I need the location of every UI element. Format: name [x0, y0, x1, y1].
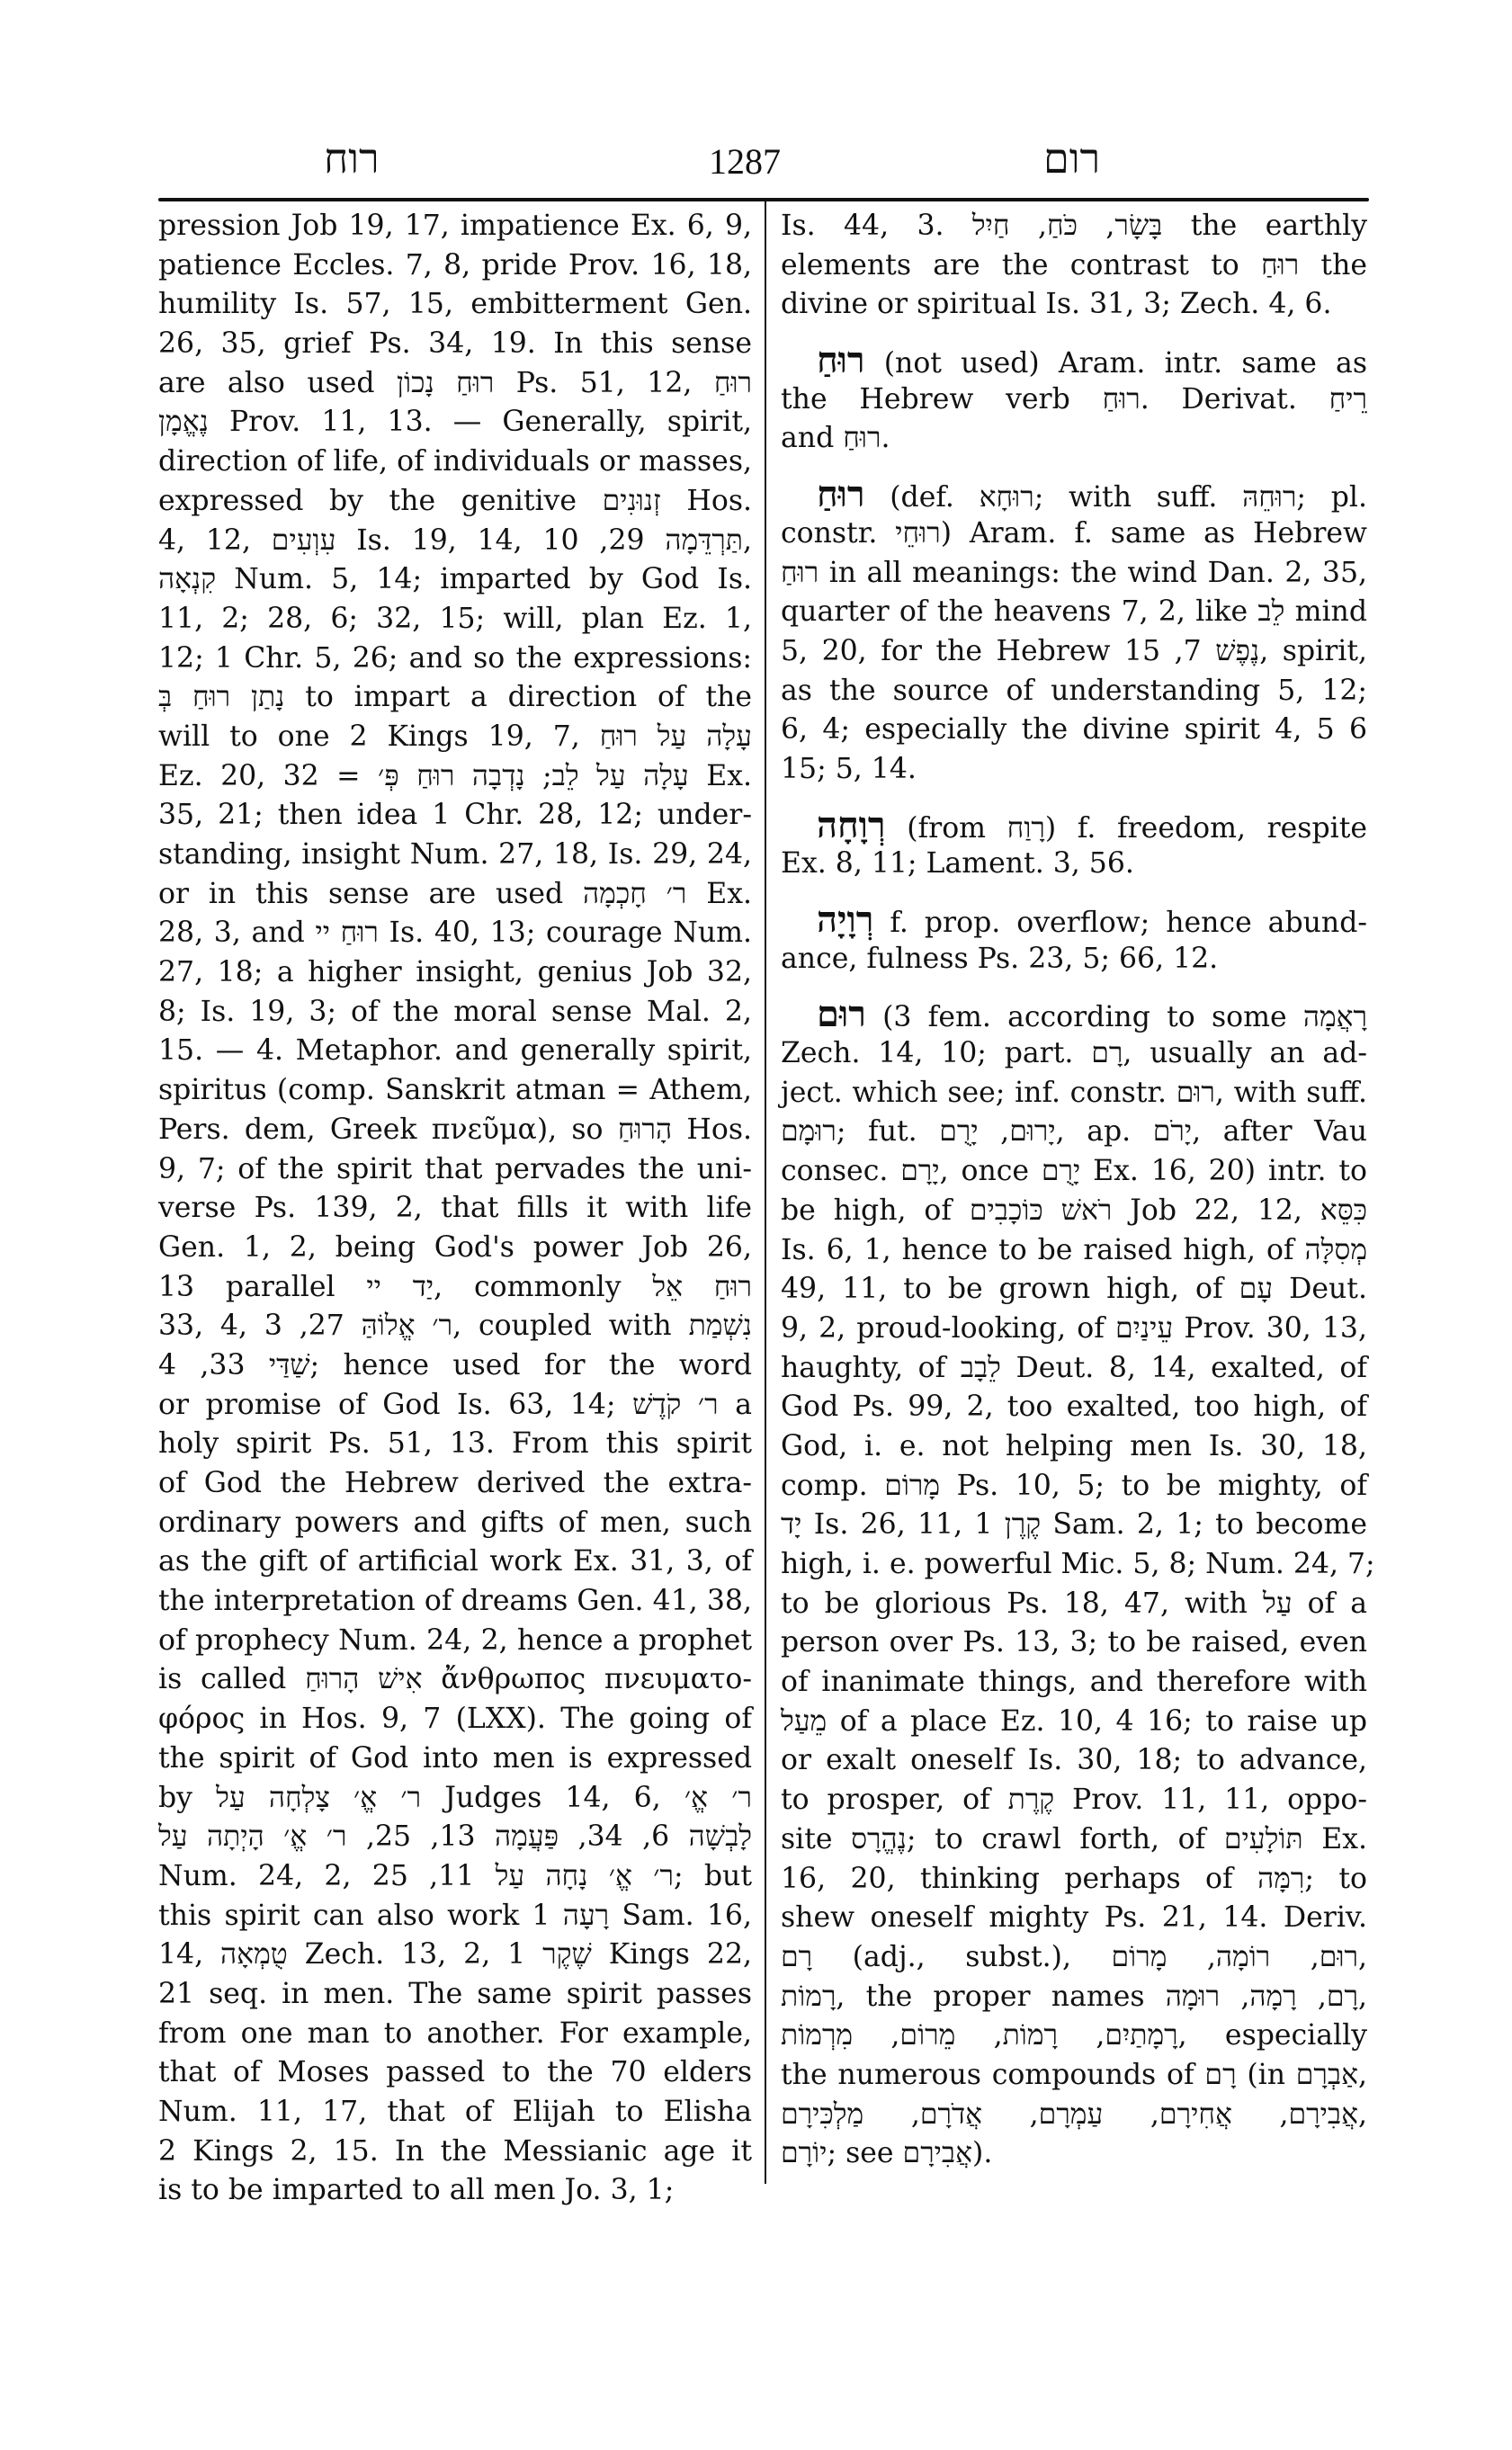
right-guide-word: רום — [1043, 135, 1100, 183]
entry-text: elements are the contrast to רוּחַ the — [781, 249, 1367, 282]
entry-text: the Hebrew verb רוּחַ. Derivat. רֵיחַ — [781, 383, 1367, 416]
text-line: holy spirit Ps. 51, 13. From this spirit — [158, 1425, 752, 1464]
text-line: that of Moses passed to the 70 elders — [158, 2053, 752, 2093]
text-line: 6, 4; especially the divine spirit 4, 5 … — [781, 711, 1367, 750]
text-line: as the gift of artificial work Ex. 31, 3… — [158, 1542, 752, 1582]
text-line: רוּמָם; fut. יָרוּם, יָרֻם, ap. יָרֹם, a… — [781, 1113, 1367, 1152]
entry-text: to be glorious Ps. 18, 47, with עַל of a — [781, 1587, 1367, 1620]
text-line: Is. 6, 1, hence to be raised high, of מְ… — [781, 1231, 1367, 1271]
entry-text: (from רָוַח) f. freedom, respite — [907, 812, 1367, 845]
entry-text: יָד Is. 26, 11, קֶרֶן 1 Sam. 2, 1; to be… — [781, 1508, 1367, 1541]
text-line: high, i. e. powerful Mic. 5, 8; Num. 24,… — [781, 1545, 1367, 1585]
entry-text: רָם (adj., subst.), רוּם, רוֹמָה, מָרוֹם… — [781, 1941, 1367, 1973]
right-column: Is. 44, 3. בָּשָׂר, כֹּחַ, חַיִל the ear… — [781, 207, 1367, 2174]
entry-headword: רוּחַ — [817, 473, 865, 515]
text-line: יוֹרָם; see אֲבִירָם). — [781, 2134, 1367, 2174]
text-line: to prosper, of קֶרֶת Prov. 11, 11, oppo- — [781, 1781, 1367, 1820]
dictionary-entry: רוּם (3 fem. according to some רָאֲמָהZe… — [781, 995, 1367, 2174]
text-line: patience Eccles. 7, 8, pride Prov. 16, 1… — [158, 246, 752, 286]
entry-gap — [781, 979, 1367, 995]
entry-text: consec. יָרָם, once יָרֻם Ex. 16, 20) in… — [781, 1155, 1367, 1187]
text-line: Ex. 8, 11; Lament. 3, 56. — [781, 845, 1367, 884]
text-line: God, i. e. not helping men Is. 30, 18, — [781, 1427, 1367, 1467]
text-line: by ר׳ אֱ׳ צָלְחָה עַל Judges 14, 6, ר׳ א… — [158, 1779, 752, 1819]
text-line: consec. יָרָם, once יָרֻם Ex. 16, 20) in… — [781, 1152, 1367, 1192]
entry-text: 9, 2, proud-looking, of עֵינַיִם Prov. 3… — [781, 1312, 1367, 1345]
text-line: this spirit can also work רָעָה 1 Sam. 1… — [158, 1897, 752, 1936]
entry-text: 6, 4; especially the divine spirit 4, 5 … — [781, 713, 1367, 746]
text-line: quarter of the heavens 7, 2, like לֵב mi… — [781, 593, 1367, 632]
text-line: to be glorious Ps. 18, 47, with עַל of a — [781, 1585, 1367, 1624]
text-line: elements are the contrast to רוּחַ the — [781, 246, 1367, 286]
entry-text: as the source of understanding 5, 12; — [781, 675, 1367, 707]
entry-text: God, i. e. not helping men Is. 30, 18, — [781, 1430, 1367, 1462]
text-line: Gen. 1, 2, being God's power Job 26, — [158, 1229, 752, 1268]
text-line: pression Job 19, 17, impatience Ex. 6, 9… — [158, 207, 752, 246]
text-line: 11, 2; 28, 6; 32, 15; will, plan Ez. 1, — [158, 600, 752, 639]
left-column: pression Job 19, 17, impatience Ex. 6, 9… — [158, 207, 752, 2211]
entry-text: quarter of the heavens 7, 2, like לֵב mi… — [781, 595, 1367, 628]
entry-text: 16, 20, thinking perhaps of רִמָּה; to — [781, 1863, 1367, 1895]
text-line: Num. 11, 17, that of Elijah to Elisha — [158, 2093, 752, 2133]
entry-text: (def. רוּחָא; with suff. רוּחֵהּ; pl. — [890, 481, 1367, 514]
entry-headword: רוּחַ — [817, 339, 865, 381]
text-line: רָמָתַיִם, רָמוֹת, מֵרוֹם, מִרְמוֹת, esp… — [781, 2016, 1367, 2056]
text-line: the interpretation of dreams Gen. 41, 38… — [158, 1582, 752, 1622]
text-line: the numerous compounds of רָם (in אַבְרָ… — [781, 2056, 1367, 2096]
text-line: Is. 44, 3. בָּשָׂר, כֹּחַ, חַיִל the ear… — [781, 207, 1367, 246]
text-line: humility Is. 57, 15, embitterment Gen. — [158, 285, 752, 325]
text-line: direction of life, of individuals or mas… — [158, 443, 752, 482]
text-line: 9, 7; of the spirit that pervades the un… — [158, 1150, 752, 1190]
entry-text: be high, of רֹאשׁ כּוֹכָבִים Job 22, 12,… — [781, 1194, 1367, 1227]
entry-text: Is. 44, 3. בָּשָׂר, כֹּחַ, חַיִל the ear… — [781, 210, 1367, 242]
entry-text: אֲבִירָם, אֲחִירָם, עַמְרָם, אֲדֹרָם, מַ… — [781, 2098, 1367, 2131]
text-line: 9, 2, proud-looking, of עֵינַיִם Prov. 3… — [781, 1310, 1367, 1349]
entry-text: haughty, of לֵבָב Deut. 8, 14, exalted, … — [781, 1352, 1367, 1384]
entry-text: רָמָתַיִם, רָמוֹת, מֵרוֹם, מִרְמוֹת, esp… — [781, 2019, 1367, 2052]
text-line: יָד Is. 26, 11, קֶרֶן 1 Sam. 2, 1; to be… — [781, 1506, 1367, 1545]
text-line: Zech. 14, 10; part. רָם, usually an ad- — [781, 1034, 1367, 1074]
text-line: 27, 18; a higher insight, genius Job 32, — [158, 953, 752, 993]
text-line: of inanimate things, and therefore with — [781, 1663, 1367, 1703]
entry-gap — [781, 325, 1367, 341]
text-line: לָבְשָׁה 6, 34, פַּעֲמָה 13, 25, ר׳ אֱ׳ … — [158, 1818, 752, 1857]
text-line: as the source of understanding 5, 12; — [781, 672, 1367, 711]
text-line: שַׁדַּי 33, 4; hence used for the word — [158, 1346, 752, 1386]
text-line: haughty, of לֵבָב Deut. 8, 14, exalted, … — [781, 1349, 1367, 1389]
entry-text: Zech. 14, 10; part. רָם, usually an ad- — [781, 1037, 1367, 1069]
text-line: is called אִישׁ הָרוּחַ ἄνθρωπος πνευματ… — [158, 1660, 752, 1700]
entry-text: and רוּחַ. — [781, 422, 890, 454]
entry-text: shew oneself mighty Ps. 21, 14. Deriv. — [781, 1901, 1367, 1934]
text-line: of God the Hebrew derived the extra- — [158, 1464, 752, 1504]
text-line: or exalt oneself Is. 30, 18; to advance, — [781, 1741, 1367, 1781]
text-line: 26, 35, grief Ps. 34, 19. In this sense — [158, 325, 752, 364]
text-line: רוּחַ in all meanings: the wind Dan. 2, … — [781, 554, 1367, 594]
text-line: רוּחַ (def. רוּחָא; with suff. רוּחֵהּ; … — [781, 475, 1367, 514]
entry-text: the numerous compounds of רָם (in אַבְרָ… — [781, 2059, 1367, 2091]
entry-headword: רוּם — [817, 993, 866, 1035]
entry-text: (not used) Aram. intr. same as — [884, 347, 1367, 380]
text-line: 12; 1 Chr. 5, 26; and so the expressions… — [158, 639, 752, 679]
text-line: ject. which see; inf. constr. רוּם, with… — [781, 1074, 1367, 1113]
entry-text: or exalt oneself Is. 30, 18; to advance, — [781, 1744, 1367, 1776]
text-line: אֲבִירָם, אֲחִירָם, עַמְרָם, אֲדֹרָם, מַ… — [781, 2096, 1367, 2135]
dictionary-entry: רוּחַ (def. רוּחָא; with suff. רוּחֵהּ; … — [781, 475, 1367, 790]
entry-text: divine or spiritual Is. 31, 3; Zech. 4, … — [781, 288, 1331, 320]
entry-text: person over Ps. 13, 3; to be raised, eve… — [781, 1626, 1367, 1659]
text-line: or in this sense are used ר׳ חָכְמָה Ex. — [158, 875, 752, 915]
entry-headword: רְוָחָה — [817, 804, 886, 846]
column-divider — [765, 201, 766, 2184]
text-line: is to be imparted to all men Jo. 3, 1; — [158, 2171, 752, 2211]
text-line: 13 parallel יַד יי, commonly רוּחַ אֵל — [158, 1268, 752, 1308]
entry-text: 5, 20, for the Hebrew נֶפֶשׁ 7, 15, spir… — [781, 635, 1367, 667]
dictionary-entry: רְוָיָה f. prop. overflow; hence abund-a… — [781, 900, 1367, 979]
text-line: 21 seq. in men. The same spirit passes — [158, 1975, 752, 2015]
entry-text: Ex. 8, 11; Lament. 3, 56. — [781, 847, 1134, 880]
text-line: constr. רוּחֵי) Aram. f. same as Hebrew — [781, 514, 1367, 554]
header-rule — [158, 198, 1369, 201]
entry-text: רוּחַ in all meanings: the wind Dan. 2, … — [781, 557, 1367, 589]
entry-text: רָמוֹת, the proper names רָם, רָמָה, רוּ… — [781, 1981, 1367, 2013]
entry-text: ance, fulness Ps. 23, 5; 66, 12. — [781, 943, 1218, 975]
text-line: 33, 4, ר׳ אֱלוֹהַּ 27, 3, coupled with נ… — [158, 1307, 752, 1346]
text-line: רוּם (3 fem. according to some רָאֲמָה — [781, 995, 1367, 1034]
text-line: ordinary powers and gifts of men, such — [158, 1504, 752, 1543]
text-line: ance, fulness Ps. 23, 5; 66, 12. — [781, 940, 1367, 979]
entry-text: מֵעַל of a place Ez. 10, 4 16; to raise … — [781, 1705, 1367, 1738]
text-line: and רוּחַ. — [781, 419, 1367, 459]
left-guide-word: רוח — [324, 135, 380, 183]
text-line: of prophecy Num. 24, 2, hence a prophet — [158, 1622, 752, 1661]
text-line: verse Ps. 139, 2, that fills it with lif… — [158, 1189, 752, 1229]
text-line: רְוָיָה f. prop. overflow; hence abund- — [781, 900, 1367, 940]
text-line: comp. מָרוֹם Ps. 10, 5; to be mighty, of — [781, 1467, 1367, 1507]
text-line: 2 Kings 2, 15. In the Messianic age it — [158, 2133, 752, 2172]
text-line: the spirit of God into men is expressed — [158, 1739, 752, 1779]
text-line: 5, 20, for the Hebrew נֶפֶשׁ 7, 15, spir… — [781, 632, 1367, 672]
text-line: spiritus (comp. Sanskrit atman = Athem, — [158, 1071, 752, 1111]
text-line: divine or spiritual Is. 31, 3; Zech. 4, … — [781, 285, 1367, 325]
text-line: the Hebrew verb רוּחַ. Derivat. רֵיחַ — [781, 380, 1367, 420]
entry-text: constr. רוּחֵי) Aram. f. same as Hebrew — [781, 517, 1367, 550]
text-line: נֶאֱמָן Prov. 11, 13. — Generally, spiri… — [158, 403, 752, 443]
text-line: are also used רוּחַ נָכוֹן Ps. 51, 12, ר… — [158, 364, 752, 404]
text-line: φόρος in Hos. 9, 7 (LXX). The going of — [158, 1700, 752, 1739]
text-line: מֵעַל of a place Ez. 10, 4 16; to raise … — [781, 1703, 1367, 1742]
text-line: 4, 12, עִוְעִים Is. 19, 14, תַּרְדֵּמָה … — [158, 522, 752, 561]
entry-text: Is. 6, 1, hence to be raised high, of מְ… — [781, 1234, 1367, 1266]
text-line: 49, 11, to be grown high, of עָם Deut. — [781, 1270, 1367, 1310]
text-line: from one man to another. For example, — [158, 2015, 752, 2054]
entry-text: site נֶהֱרָס; to crawl forth, of תּוֹלָע… — [781, 1823, 1367, 1855]
entry-text: comp. מָרוֹם Ps. 10, 5; to be mighty, of — [781, 1470, 1367, 1502]
dictionary-entry: Is. 44, 3. בָּשָׂר, כֹּחַ, חַיִל the ear… — [781, 207, 1367, 325]
entry-text: f. prop. overflow; hence abund- — [890, 907, 1367, 939]
text-line: expressed by the genitive זְנוּנִים Hos. — [158, 482, 752, 522]
text-line: קִנְאָה Num. 5, 14; imparted by God Is. — [158, 560, 752, 600]
entry-headword: רְוָיָה — [817, 899, 873, 941]
text-line: God Ps. 99, 2, too exalted, too high, of — [781, 1388, 1367, 1427]
text-line: 14, טֻמְאָה Zech. 13, 2, שֶׁקֶר 1 Kings … — [158, 1936, 752, 1975]
text-line: Num. 24, 2, ר׳ אֱ׳ נָחָה עַל 11, 25; but — [158, 1857, 752, 1897]
text-line: Ez. 20, 32 = עָלָה עַל לֵב; נָדְבָה רוּח… — [158, 757, 752, 797]
entry-text: 49, 11, to be grown high, of עָם Deut. — [781, 1273, 1367, 1305]
entry-text: רוּמָם; fut. יָרוּם, יָרֻם, ap. יָרֹם, a… — [781, 1115, 1367, 1148]
text-line: 16, 20, thinking perhaps of רִמָּה; to — [781, 1860, 1367, 1900]
entry-gap — [781, 459, 1367, 475]
text-line: will to one 2 Kings 19, 7, עָלָה עַל רוּ… — [158, 718, 752, 757]
text-line: person over Ps. 13, 3; to be raised, eve… — [781, 1623, 1367, 1663]
text-line: standing, insight Num. 27, 18, Is. 29, 2… — [158, 836, 752, 875]
text-line: נָתַן רוּחַ בְּ to impart a direction of… — [158, 678, 752, 718]
entry-text: God Ps. 99, 2, too exalted, too high, of — [781, 1390, 1367, 1423]
entry-text: יוֹרָם; see אֲבִירָם). — [781, 2137, 992, 2169]
text-line: 15; 5, 14. — [781, 750, 1367, 790]
dictionary-entry: רוּחַ (not used) Aram. intr. same asthe … — [781, 341, 1367, 459]
text-line: רוּחַ (not used) Aram. intr. same as — [781, 341, 1367, 380]
text-line: רָם (adj., subst.), רוּם, רוֹמָה, מָרוֹם… — [781, 1938, 1367, 1978]
dictionary-entry: רְוָחָה (from רָוַח) f. freedom, respite… — [781, 806, 1367, 884]
text-line: 35, 21; then idea 1 Chr. 28, 12; under- — [158, 796, 752, 836]
text-line: or promise of God Is. 63, 14; ר׳ קֹדֶשׁ … — [158, 1386, 752, 1426]
text-line: 15. — 4. Metaphor. and generally spirit, — [158, 1032, 752, 1071]
text-line: 28, 3, and רוּחַ יי Is. 40, 13; courage … — [158, 914, 752, 953]
text-line: be high, of רֹאשׁ כּוֹכָבִים Job 22, 12,… — [781, 1192, 1367, 1231]
text-line: רָמוֹת, the proper names רָם, רָמָה, רוּ… — [781, 1978, 1367, 2017]
entry-text: ject. which see; inf. constr. רוּם, with… — [781, 1077, 1367, 1109]
entry-text: high, i. e. powerful Mic. 5, 8; Num. 24,… — [781, 1548, 1375, 1580]
entry-text: to prosper, of קֶרֶת Prov. 11, 11, oppo- — [781, 1784, 1367, 1816]
page-number: 1287 — [709, 140, 781, 183]
text-line: רְוָחָה (from רָוַח) f. freedom, respite — [781, 806, 1367, 845]
text-line: 8; Is. 19, 3; of the moral sense Mal. 2, — [158, 993, 752, 1033]
entry-text: (3 fem. according to some רָאֲמָה — [882, 1001, 1367, 1033]
text-line: site נֶהֱרָס; to crawl forth, of תּוֹלָע… — [781, 1820, 1367, 1860]
entry-text: 15; 5, 14. — [781, 753, 917, 785]
entry-text: of inanimate things, and therefore with — [781, 1666, 1367, 1698]
text-line: Pers. dem, Greek πνεῦμα), so הָרוּחַ Hos… — [158, 1111, 752, 1150]
text-line: shew oneself mighty Ps. 21, 14. Deriv. — [781, 1899, 1367, 1938]
